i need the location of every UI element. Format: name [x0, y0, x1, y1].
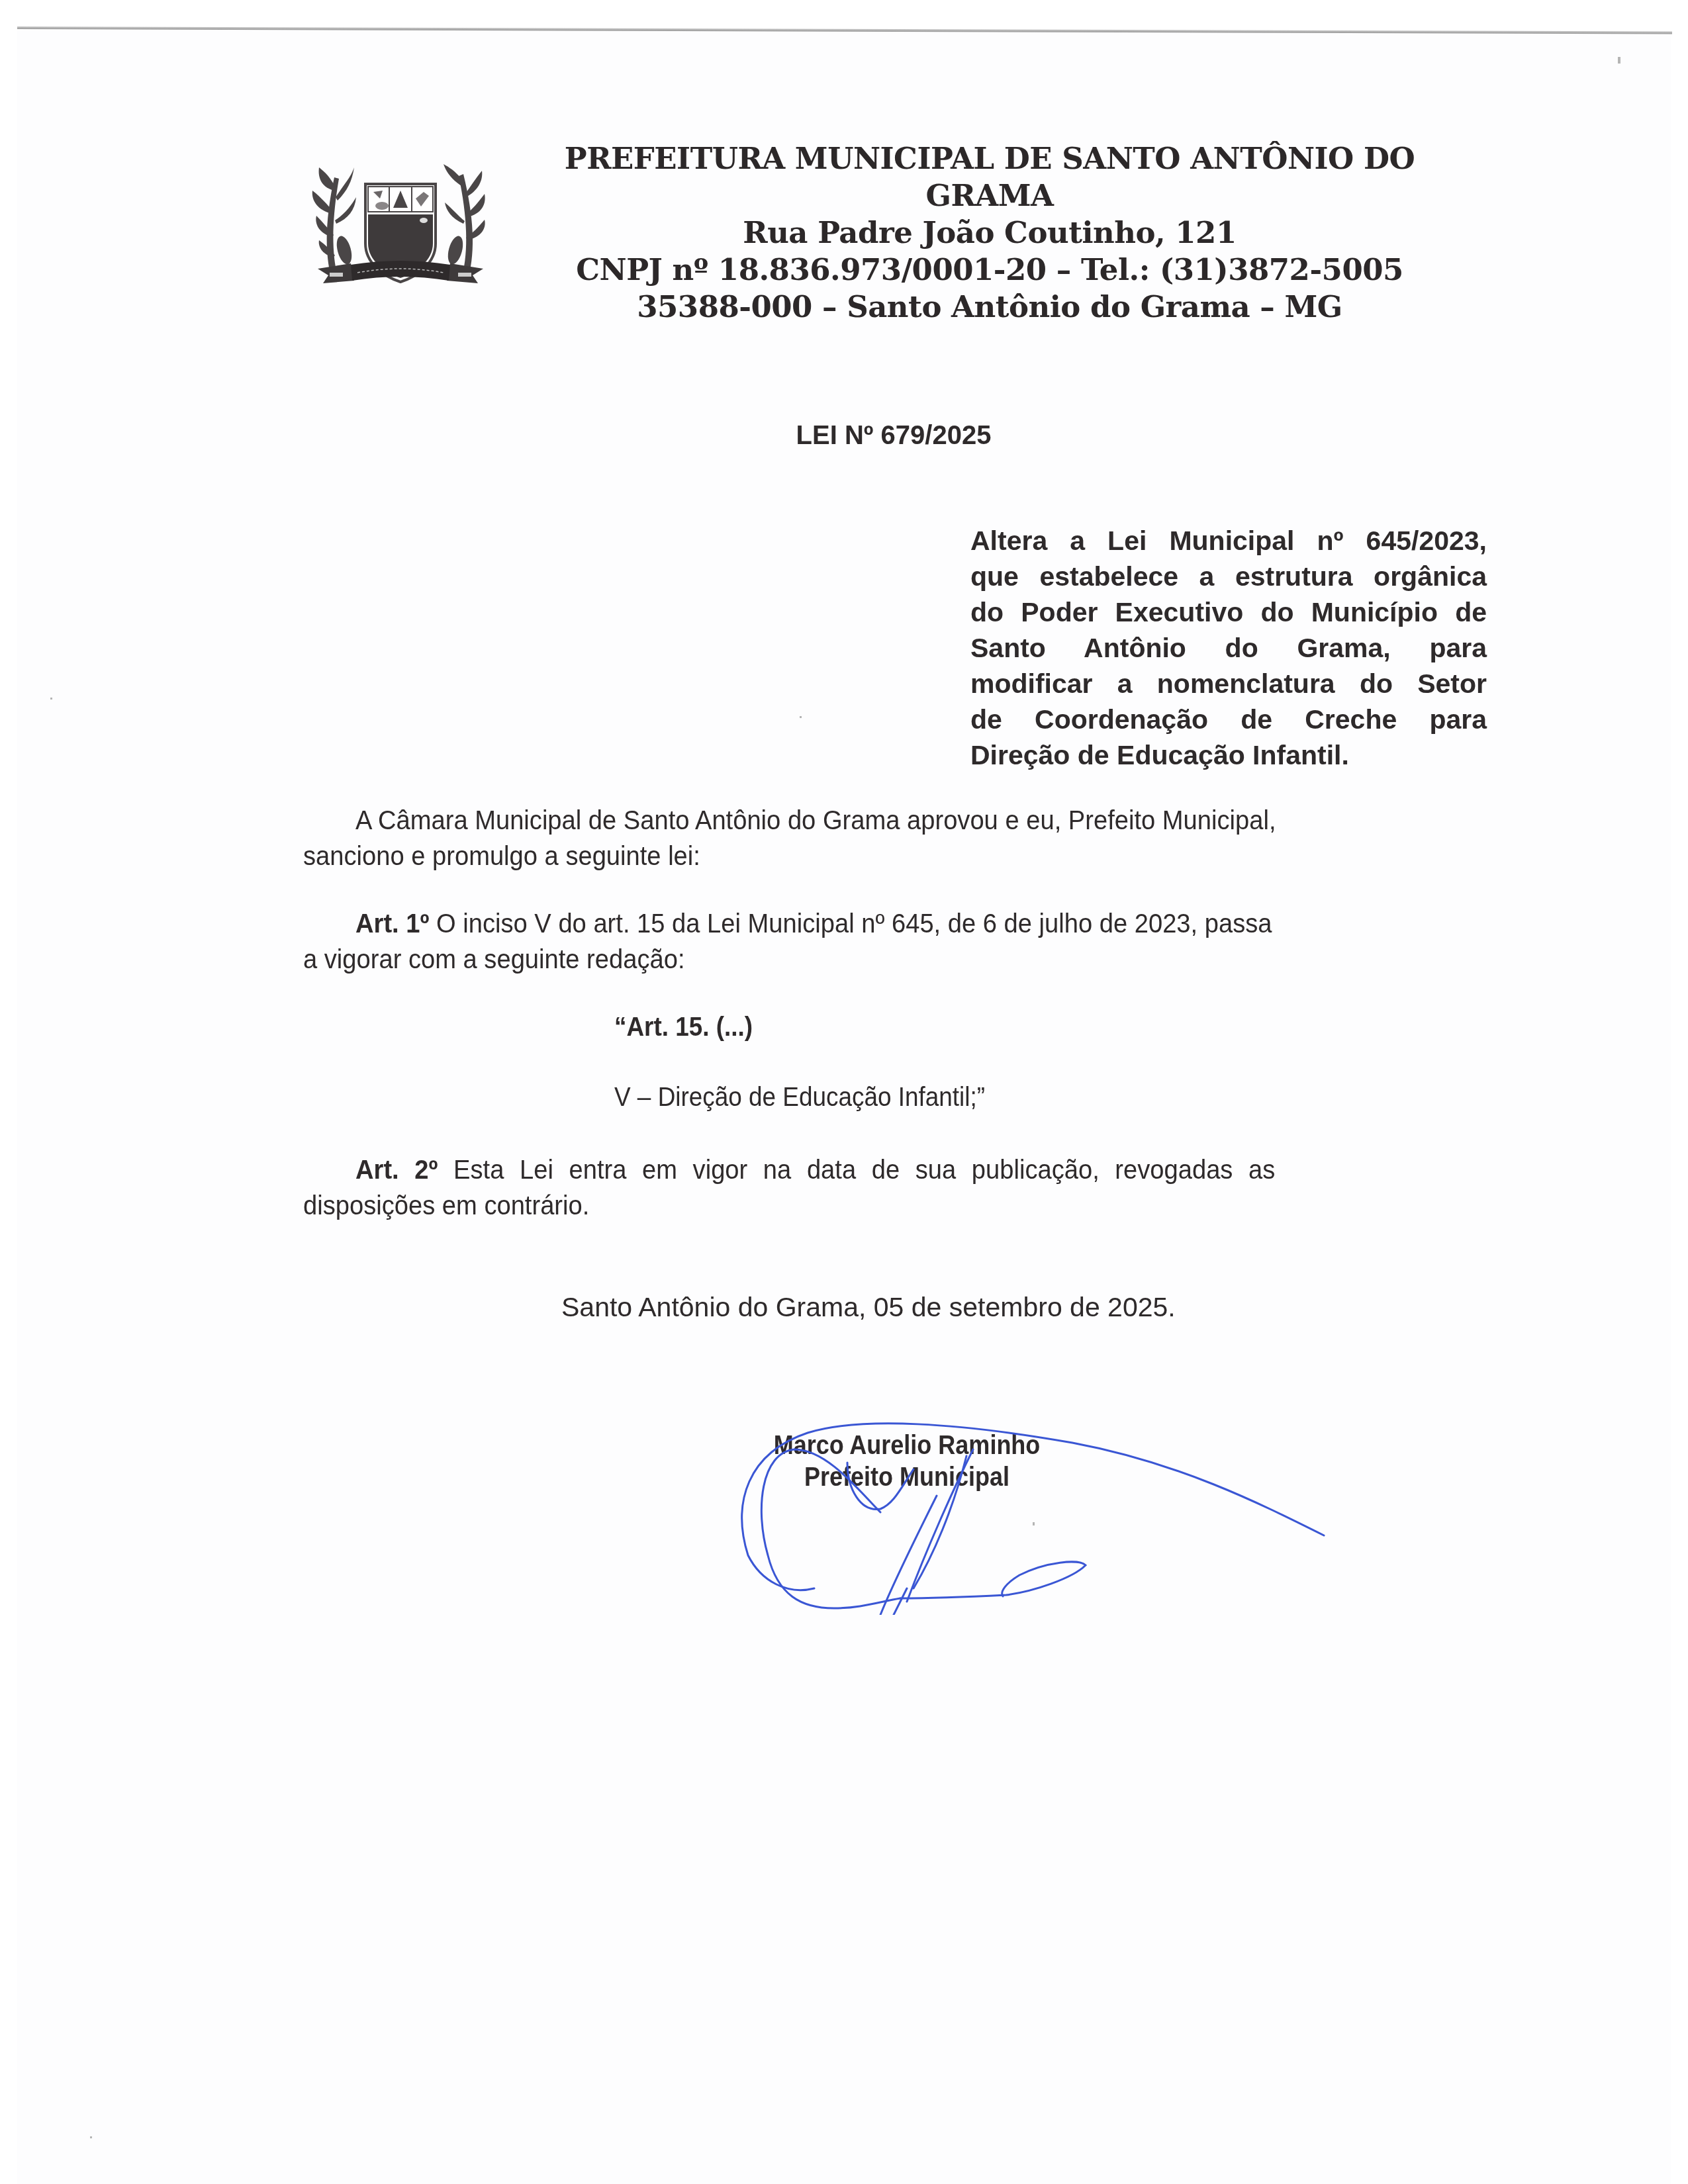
article-2-line: Art. 2º Esta Lei entra em vigor na data …: [303, 1152, 1503, 1187]
article-2: Art. 2º Esta Lei entra em vigor na data …: [303, 1152, 1503, 1223]
article-1-line: a vigorar com a seguinte redação:: [303, 941, 1503, 977]
summary-line: que estabelece a estrutura orgânica: [970, 559, 1487, 594]
letterhead-org-name-cont: GRAMA: [516, 177, 1463, 214]
summary-line: modificar a nomenclatura do Setor: [970, 666, 1487, 702]
article-1: Art. 1º O inciso V do art. 15 da Lei Mun…: [303, 905, 1503, 977]
coat-of-arms-icon: [305, 151, 496, 290]
letterhead-cnpj-phone: CNPJ nº 18.836.973/0001-20 – Tel.: (31)3…: [516, 251, 1463, 289]
summary-line: Santo Antônio do Grama, para: [970, 630, 1487, 666]
preamble-paragraph: A Câmara Municipal de Santo Antônio do G…: [303, 802, 1503, 874]
law-title: LEI Nº 679/2025: [728, 421, 1059, 451]
letterhead: PREFEITURA MUNICIPAL DE SANTO ANTÔNIO DO…: [516, 140, 1463, 326]
article-2-line: disposições em contrário.: [303, 1187, 1503, 1223]
letterhead-zip-city: 35388-000 – Santo Antônio do Grama – MG: [516, 289, 1463, 326]
scan-speck: [800, 716, 802, 718]
scan-top-margin: [0, 0, 1688, 29]
signature-block: Marco Aurelio Raminho Prefeito Municipal: [752, 1430, 1062, 1493]
article-2-text: Esta Lei entra em vigor na data de sua p…: [438, 1154, 1275, 1185]
summary-line: do Poder Executivo do Município de: [970, 594, 1487, 630]
scan-speck: [90, 2136, 92, 2138]
date-place: Santo Antônio do Grama, 05 de setembro d…: [561, 1292, 1176, 1323]
letterhead-org-name: PREFEITURA MUNICIPAL DE SANTO ANTÔNIO DO: [516, 140, 1463, 177]
signatory-name: Marco Aurelio Raminho: [752, 1430, 1062, 1461]
scan-speck: [1618, 57, 1620, 64]
summary-line: Direção de Educação Infantil.: [970, 737, 1487, 773]
scan-speck: [50, 698, 52, 700]
summary-line: de Coordenação de Creche para: [970, 702, 1487, 737]
signatory-role: Prefeito Municipal: [752, 1461, 1062, 1493]
article-1-line: Art. 1º O inciso V do art. 15 da Lei Mun…: [303, 905, 1503, 941]
law-summary: Altera a Lei Municipal nº 645/2023, que …: [970, 523, 1487, 773]
letterhead-address: Rua Padre João Coutinho, 121: [516, 214, 1463, 251]
preamble-line: A Câmara Municipal de Santo Antônio do G…: [303, 802, 1503, 838]
preamble-line: sanciono e promulgo a seguinte lei:: [303, 838, 1503, 874]
article-1-text: O inciso V do art. 15 da Lei Municipal n…: [429, 908, 1272, 938]
quoted-article-heading: “Art. 15. (...): [614, 1011, 753, 1042]
summary-line: Altera a Lei Municipal nº 645/2023,: [970, 523, 1487, 559]
scan-speck: [1033, 1522, 1035, 1525]
article-2-label: Art. 2º: [355, 1154, 438, 1185]
quoted-article-item: V – Direção de Educação Infantil;”: [614, 1081, 985, 1113]
article-1-label: Art. 1º: [355, 908, 429, 938]
